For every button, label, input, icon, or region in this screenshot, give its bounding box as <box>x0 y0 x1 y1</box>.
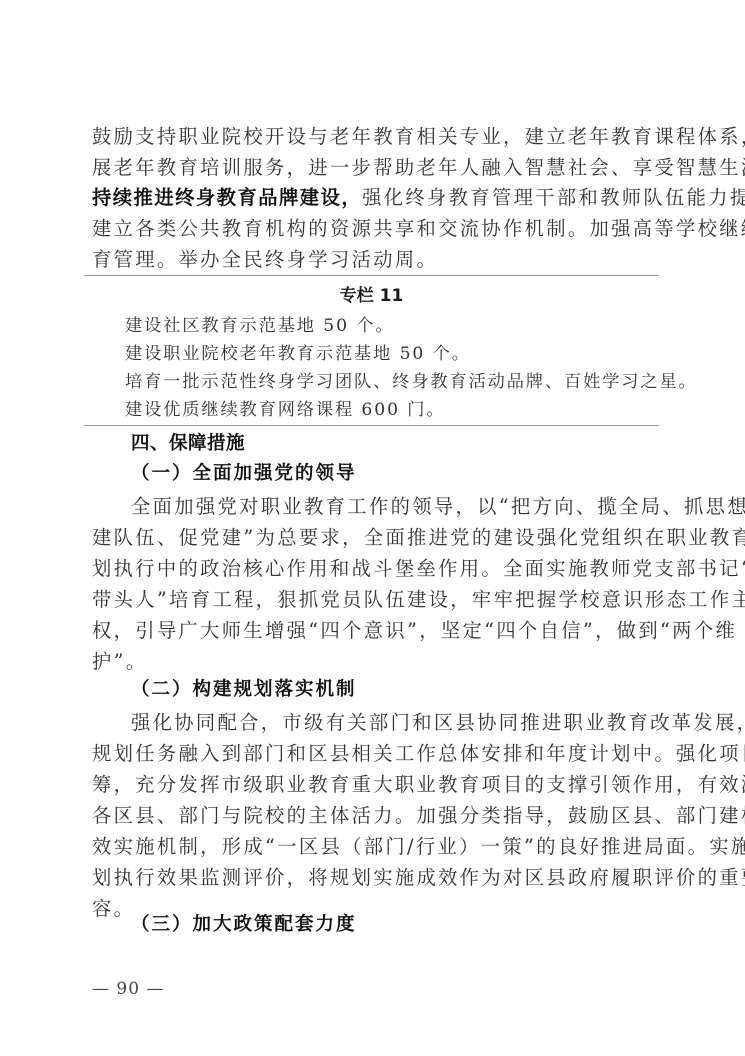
paragraph-line: 鼓励支持职业院校开设与老年教育相关专业，建立老年教育课程体系，开 <box>92 122 660 152</box>
column-box-item: 建设优质继续教育网络课程 600 门。 <box>125 397 445 423</box>
paragraph-line: 护”。 <box>92 647 660 677</box>
column-box-item: 建设职业院校老年教育示范基地 50 个。 <box>125 341 471 367</box>
box-bottom-rule <box>84 425 659 426</box>
paragraph-line: 建队伍、促党建”为总要求，全面推进党的建设强化党组织在职业教育规 <box>92 523 660 553</box>
paragraph-text: 强化终身教育管理干部和教师队伍能力提升。 <box>362 186 745 209</box>
document-page: 鼓励支持职业院校开设与老年教育相关专业，建立老年教育课程体系，开 展老年教育培训… <box>0 0 745 1056</box>
subsection-heading: （二）构建规划落实机制 <box>131 676 357 704</box>
column-box-item: 培育一批示范性终身学习团队、终身教育活动品牌、百姓学习之星。 <box>125 369 698 395</box>
paragraph-line: 全面加强党对职业教育工作的领导，以“把方向、揽全局、抓思想、 <box>131 492 661 522</box>
column-box-item: 建设社区教育示范基地 50 个。 <box>125 313 394 339</box>
paragraph-line: 筹，充分发挥市级职业教育重大职业教育项目的支撑引领作用，有效激发 <box>92 770 660 800</box>
paragraph-line: 权，引导广大师生增强“四个意识”，坚定“四个自信”，做到“两个维 <box>92 616 660 646</box>
paragraph-line: 规划任务融入到部门和区县相关工作总体安排和年度计划中。强化项目统 <box>92 739 660 769</box>
paragraph-line: 育管理。举办全民终身学习活动周。 <box>92 245 660 275</box>
paragraph-line: 效实施机制，形成“一区县（部门/行业）一策”的良好推进局面。实施规 <box>92 832 660 862</box>
column-box-title: 专栏 11 <box>84 283 659 309</box>
paragraph-line: 强化协同配合，市级有关部门和区县协同推进职业教育改革发展，把 <box>131 708 661 738</box>
paragraph-line: 持续推进终身教育品牌建设，强化终身教育管理干部和教师队伍能力提升。 <box>92 183 660 213</box>
section-heading: 四、保障措施 <box>131 430 245 458</box>
paragraph-line: 带头人”培育工程，狠抓党员队伍建设，牢牢把握学校意识形态工作主动 <box>92 585 660 615</box>
paragraph-line: 展老年教育培训服务，进一步帮助老年人融入智慧社会、享受智慧生活。 <box>92 153 660 183</box>
paragraph-line: 建立各类公共教育机构的资源共享和交流协作机制。加强高等学校继续教 <box>92 214 660 244</box>
paragraph-line: 划执行效果监测评价，将规划实施成效作为对区县政府履职评价的重要内 <box>92 863 660 893</box>
paragraph-line: 划执行中的政治核心作用和战斗堡垒作用。全面实施教师党支部书记“双 <box>92 554 660 584</box>
page-number: — 90 — <box>92 977 164 1001</box>
subsection-heading: （三）加大政策配套力度 <box>131 911 357 939</box>
paragraph-line: 各区县、部门与院校的主体活力。加强分类指导，鼓励区县、部门建构有 <box>92 801 660 831</box>
box-top-rule <box>84 275 659 276</box>
subsection-heading: （一）全面加强党的领导 <box>131 460 357 488</box>
bold-lead-phrase: 持续推进终身教育品牌建设， <box>92 186 362 209</box>
